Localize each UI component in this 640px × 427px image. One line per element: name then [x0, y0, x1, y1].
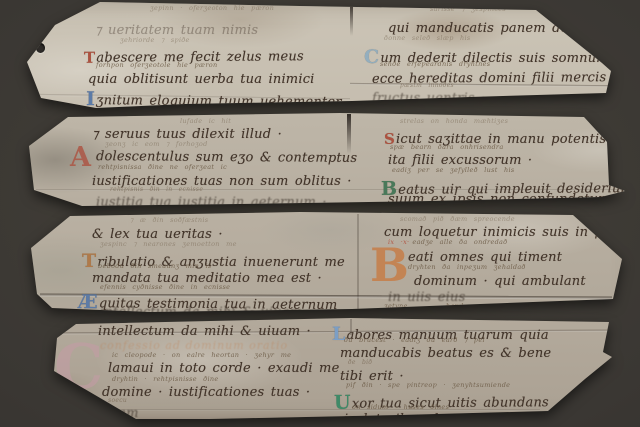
latin-text-line: lamaui in toto corde · exaudi me	[108, 362, 339, 375]
latin-text-line: domine · iustificationes tuas ·	[102, 386, 310, 399]
gloss-line: ic soecu	[96, 398, 127, 404]
gloss-line: ƿif ðin · sƿe ƿintreoƿ · ʒenyhtsumiende	[346, 382, 510, 389]
rubric-line: confessio ad dominum oratio	[100, 340, 288, 351]
gloss-line: on sidum · huses ðines	[352, 404, 449, 411]
initial-letter: U	[334, 394, 351, 413]
parchment-strip-4: intellectum da mihi & uiuam · confessio …	[0, 0, 640, 427]
parchment-strip-4-wrap: intellectum da mihi & uiuam · confessio …	[0, 0, 640, 427]
gloss-line: dryhtin · rehtƿisnisse ðine	[112, 376, 218, 383]
gloss-line: ic cleopode · on ealre heortan · ʒehyr m…	[112, 352, 291, 359]
manuscript-photograph: ʒeƿinn · oferʒeoton hie ƿæron ⁊ ueritate…	[0, 0, 640, 427]
latin-text-line: in lateribus domus tuae	[344, 413, 511, 426]
gloss-line: ðu brucest · eadiʒ ðu earð ⁊ ƿel	[344, 337, 485, 344]
gloss-line: ðe bið	[348, 360, 372, 366]
latin-text-line: requiram	[76, 407, 139, 420]
initial-letter-large: C	[54, 336, 103, 398]
latin-text-line: intellectum da mihi & uiuam ·	[98, 325, 311, 338]
